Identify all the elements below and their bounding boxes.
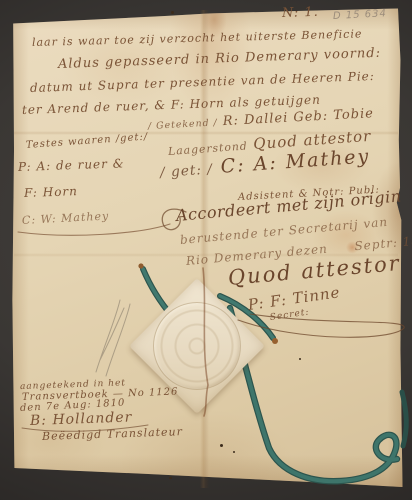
pencil-scribble [96, 300, 130, 376]
witness-2: F: Horn [24, 184, 78, 200]
fold-crack [203, 268, 208, 416]
get-label: / get: / [160, 161, 214, 181]
signed-label: / Getekend / [148, 117, 218, 132]
document-photo: N: 1. D 15 634 laar is waar toe zij verz… [0, 0, 412, 500]
doc-number: N: 1. [282, 5, 319, 21]
secretary-flourish [238, 314, 404, 337]
